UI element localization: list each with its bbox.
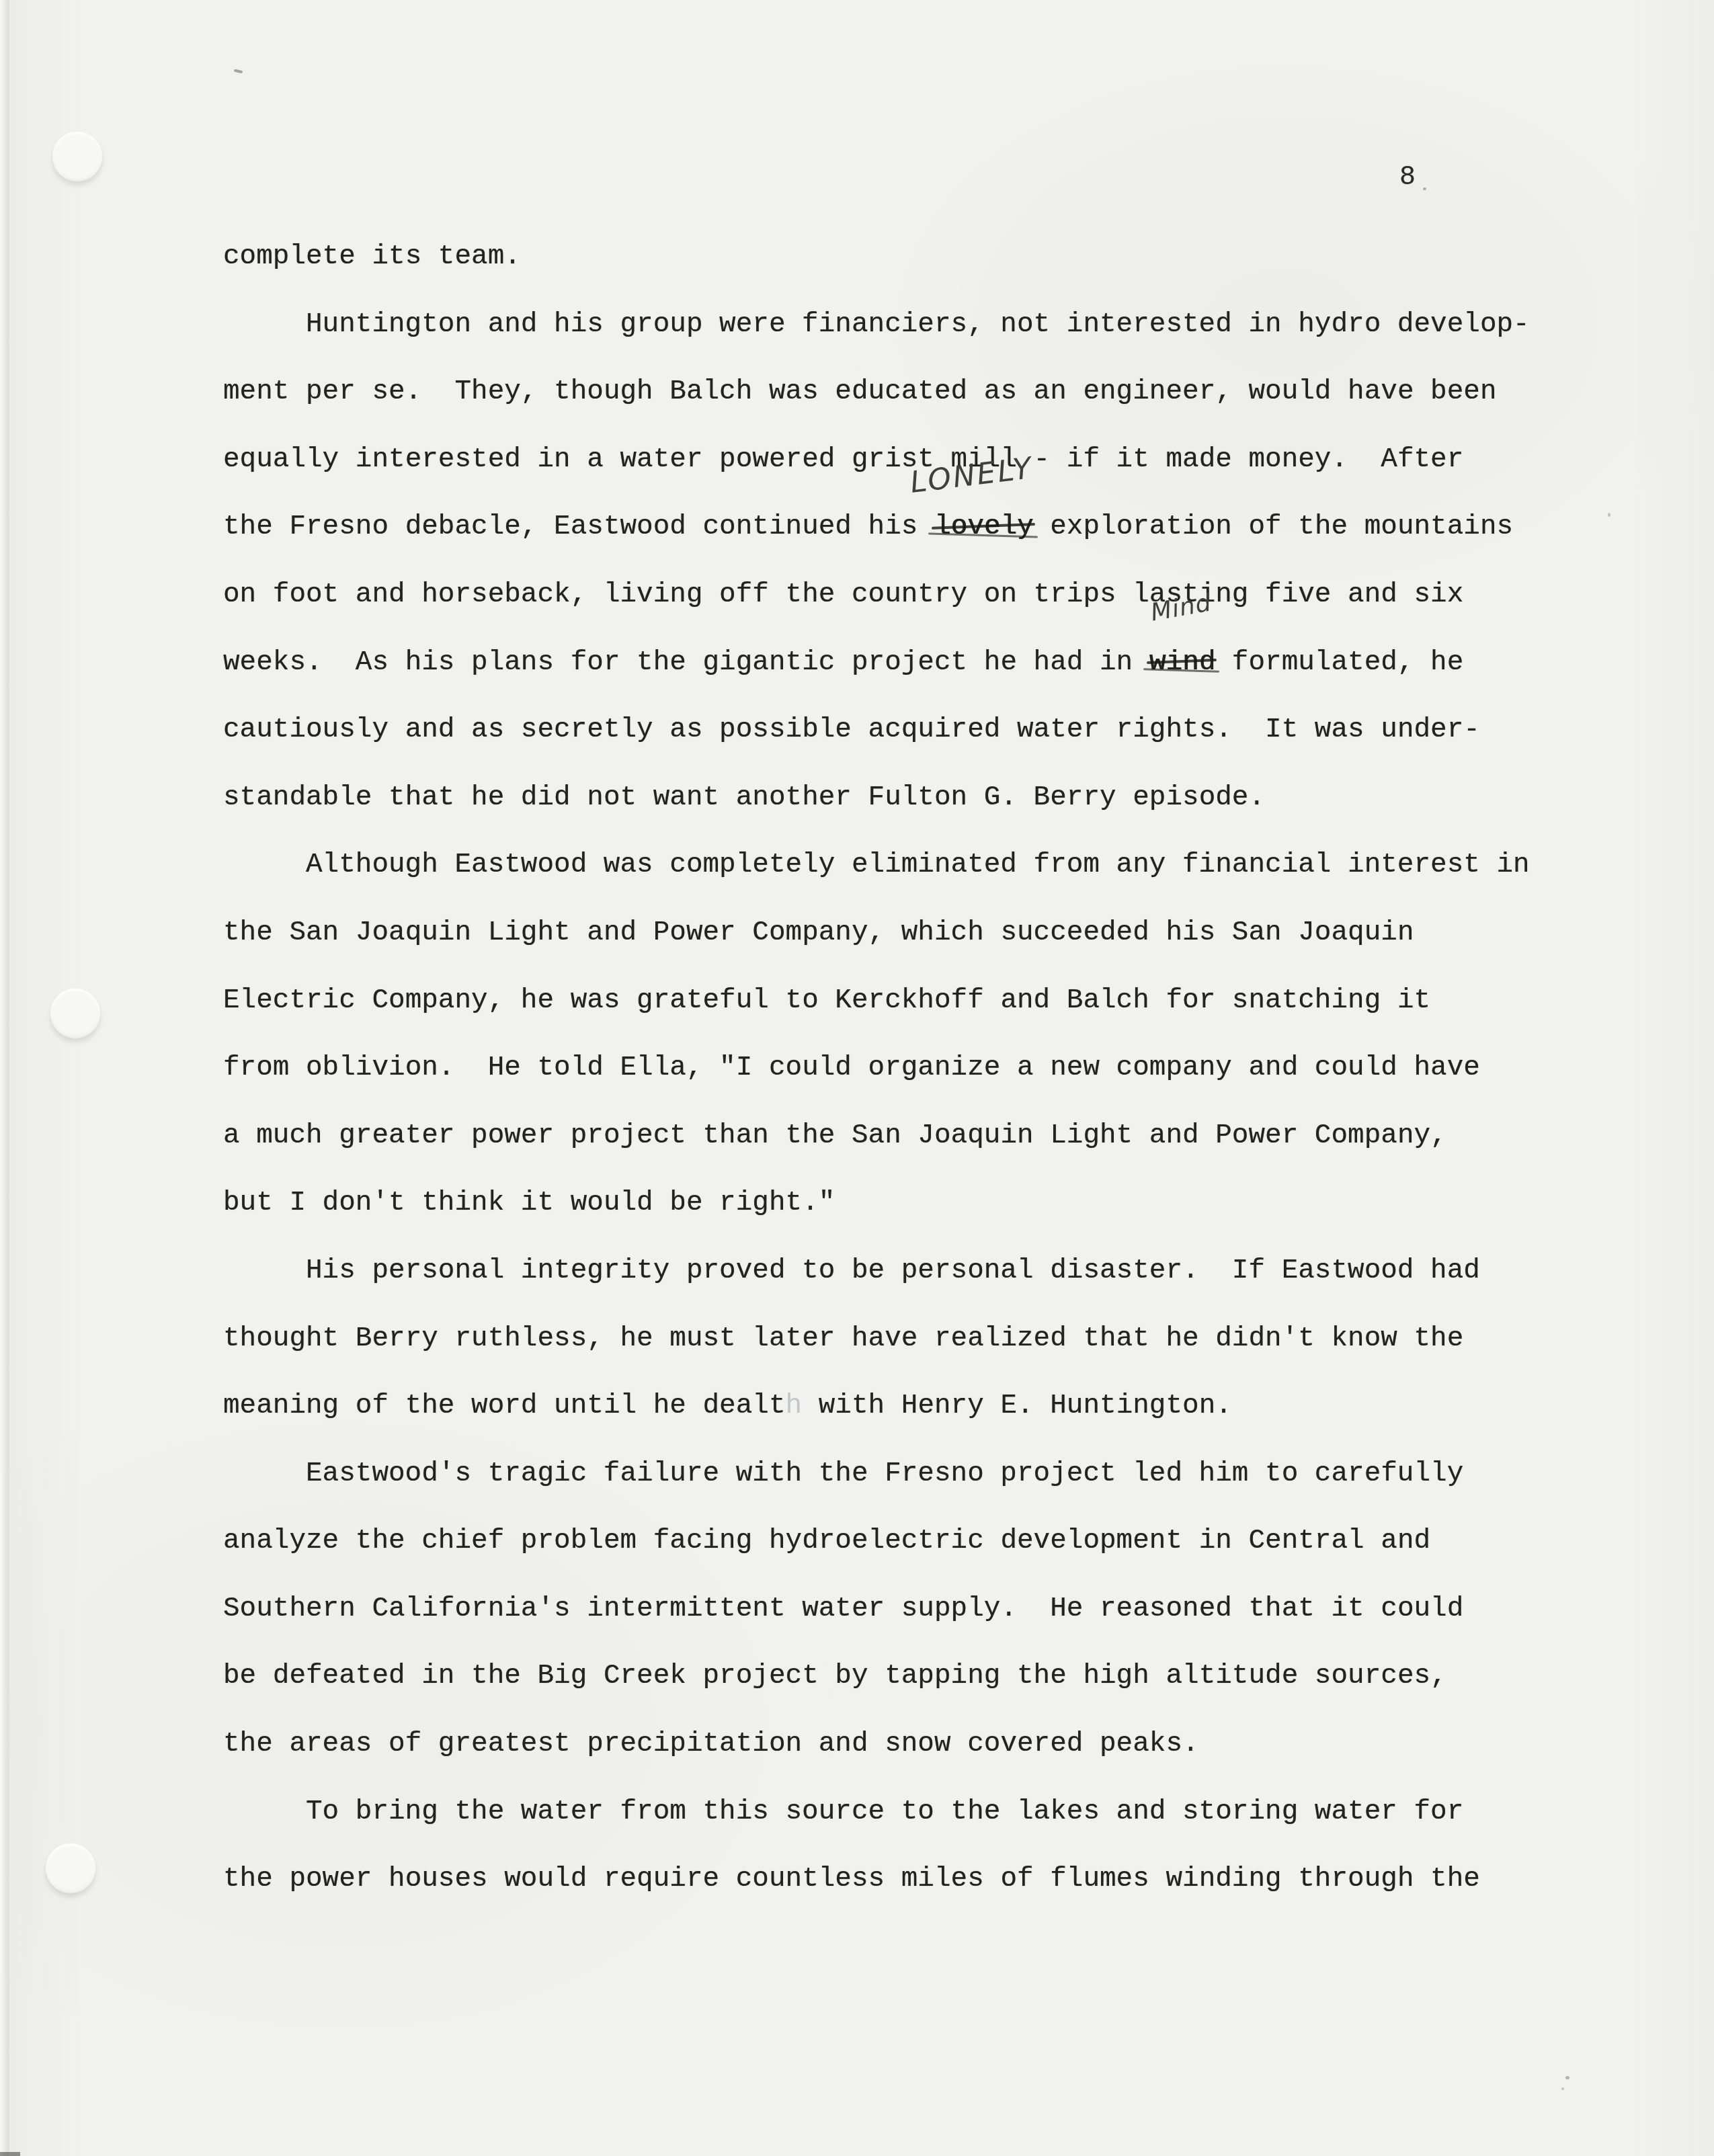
hole-punch-top: [52, 132, 102, 181]
paper-speck: [1608, 513, 1610, 517]
page-number: 8: [1399, 163, 1416, 193]
text-line: analyze the chief problem facing hydroel…: [223, 1507, 1530, 1575]
paper-speck: [1561, 2087, 1564, 2090]
typed-text: analyze the chief problem facing hydroel…: [223, 1526, 1430, 1557]
typed-text: wind: [1149, 647, 1215, 678]
typed-text: but I don't think it would be right.": [223, 1188, 835, 1218]
typed-text: the power houses would require countless…: [223, 1864, 1480, 1895]
text-line: cautiously and as secretly as possible a…: [223, 696, 1530, 764]
typed-text: Huntington and his group were financiers…: [306, 309, 1530, 340]
text-line: from oblivion. He told Ella, "I could or…: [223, 1034, 1530, 1102]
text-line: on foot and horseback, living off the co…: [223, 561, 1530, 629]
strikethrough-word: windMind: [1149, 629, 1215, 697]
page-edge-shadow: [0, 0, 9, 2156]
typed-text: with Henry E. Huntington.: [802, 1391, 1232, 1421]
text-line: ment per se. They, though Balch was educ…: [223, 358, 1530, 426]
paper-speck: [234, 69, 243, 74]
typed-text: meaning of the word until he dealt: [223, 1391, 786, 1421]
handwritten-correction-mind: Mind: [1145, 570, 1217, 647]
text-line: Huntington and his group were financiers…: [223, 291, 1530, 359]
typed-text: Although Eastwood was completely elimina…: [306, 849, 1530, 880]
text-line: His personal integrity proved to be pers…: [223, 1237, 1530, 1305]
typed-text: Southern California's intermittent water…: [223, 1593, 1463, 1624]
typed-text: complete its team.: [223, 241, 521, 272]
text-line: a much greater power project than the Sa…: [223, 1102, 1530, 1170]
typewritten-text-block: complete its team.Huntington and his gro…: [223, 223, 1530, 1913]
typed-text: the Fresno debacle, Eastwood continued h…: [223, 511, 934, 542]
text-line: Although Eastwood was completely elimina…: [223, 831, 1530, 899]
text-line: complete its team.: [223, 223, 1530, 291]
typed-text: on foot and horseback, living off the co…: [223, 579, 1463, 610]
typed-text: exploration of the mountains: [1034, 511, 1514, 542]
typed-text: thought Berry ruthless, he must later ha…: [223, 1323, 1463, 1354]
hole-punch-bottom: [46, 1843, 95, 1893]
hole-punch-middle: [50, 989, 100, 1038]
faint-typed-character: h: [786, 1391, 803, 1421]
paper-speck: [1565, 2076, 1569, 2079]
typed-text: a much greater power project than the Sa…: [223, 1120, 1447, 1151]
scanned-typewritten-page: { "page": { "number": "8" }, "colors": {…: [0, 0, 1714, 2156]
text-line: Electric Company, he was grateful to Ker…: [223, 967, 1530, 1035]
text-line: To bring the water from this source to t…: [223, 1778, 1530, 1846]
typed-text: equally interested in a water powered gr…: [223, 444, 1463, 475]
strikethrough-word: lovelyLONELY: [934, 493, 1034, 561]
text-line: the Fresno debacle, Eastwood continued h…: [223, 493, 1530, 561]
text-line: meaning of the word until he dealth with…: [223, 1372, 1530, 1440]
typed-text: cautiously and as secretly as possible a…: [223, 714, 1480, 745]
text-line: the San Joaquin Light and Power Company,…: [223, 899, 1530, 967]
paper-speck: [1423, 188, 1426, 190]
typed-text: Electric Company, he was grateful to Ker…: [223, 985, 1430, 1016]
typed-text: Eastwood's tragic failure with the Fresn…: [306, 1458, 1463, 1489]
handwritten-correction-lonely: LONELY: [907, 435, 1038, 517]
text-line: Southern California's intermittent water…: [223, 1575, 1530, 1643]
text-line: be defeated in the Big Creek project by …: [223, 1643, 1530, 1710]
typed-text: ment per se. They, though Balch was educ…: [223, 376, 1497, 407]
typed-text: lovely: [934, 511, 1034, 542]
text-line: standable that he did not want another F…: [223, 764, 1530, 832]
scan-edge-artifact: [0, 2152, 20, 2156]
text-line: the areas of greatest precipitation and …: [223, 1710, 1530, 1778]
typed-text: the San Joaquin Light and Power Company,…: [223, 917, 1414, 948]
typed-text: the areas of greatest precipitation and …: [223, 1729, 1199, 1759]
text-line: weeks. As his plans for the gigantic pro…: [223, 629, 1530, 697]
text-line: thought Berry ruthless, he must later ha…: [223, 1305, 1530, 1373]
text-line: the power houses would require countless…: [223, 1846, 1530, 1913]
typed-text: weeks. As his plans for the gigantic pro…: [223, 647, 1149, 678]
text-line: but I don't think it would be right.": [223, 1169, 1530, 1237]
typed-text: standable that he did not want another F…: [223, 782, 1265, 813]
typed-text: formulated, he: [1215, 647, 1463, 678]
typed-text: To bring the water from this source to t…: [306, 1796, 1463, 1827]
typed-text: from oblivion. He told Ella, "I could or…: [223, 1052, 1480, 1083]
typed-text: His personal integrity proved to be pers…: [306, 1255, 1480, 1286]
text-line: Eastwood's tragic failure with the Fresn…: [223, 1440, 1530, 1508]
text-line: equally interested in a water powered gr…: [223, 426, 1530, 494]
typed-text: be defeated in the Big Creek project by …: [223, 1661, 1447, 1692]
